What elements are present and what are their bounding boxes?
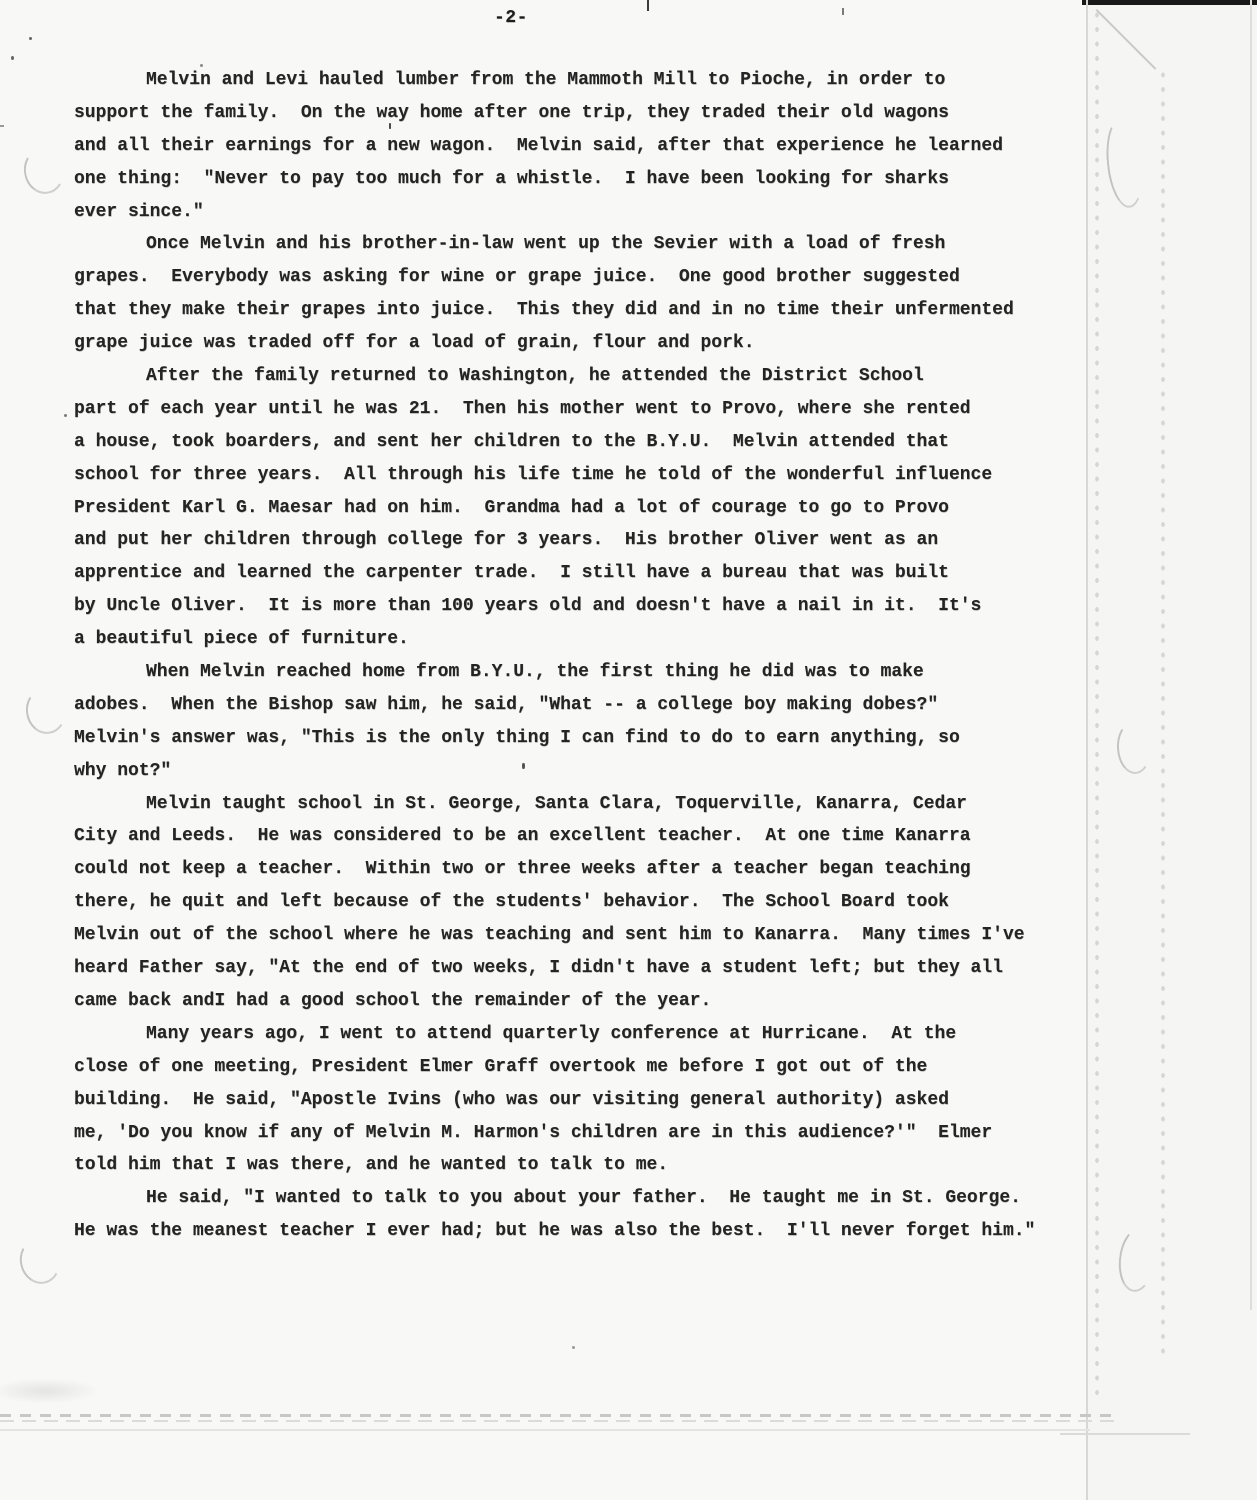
text-line: school for three years. All through his … [74,459,1074,492]
text-line: apprentice and learned the carpenter tra… [74,557,1074,590]
scan-smudge [0,1378,100,1404]
scanned-page: { "page": { "number_label": "-2-" }, "co… [0,0,1257,1500]
perforation-dots-left [1091,8,1103,1400]
stray-ink-mark [64,414,67,417]
stray-ink-mark [389,123,391,129]
page-edge-line [1086,0,1088,1500]
document-body: Melvin and Levi hauled lumber from the M… [74,64,1074,1248]
text-line: close of one meeting, President Elmer Gr… [74,1051,1074,1084]
text-line: a house, took boarders, and sent her chi… [74,426,1074,459]
fold-crease-line [0,1429,1090,1431]
far-edge-line [1250,0,1252,1310]
text-line: President Karl G. Maesar had on him. Gra… [74,492,1074,525]
text-line: a beautiful piece of furniture. [74,623,1074,656]
stray-ink-mark [572,1346,575,1349]
text-line: Melvin's answer was, "This is the only t… [74,722,1074,755]
underlying-sheet-strip [1088,0,1257,1500]
stray-ink-mark [29,37,32,40]
text-line: City and Leeds. He was considered to be … [74,820,1074,853]
perforation-dots-right [1157,68,1169,1358]
text-line: grape juice was traded off for a load of… [74,327,1074,360]
scanner-edge-bar [1082,0,1257,5]
perforation-dashed-line [0,1414,1120,1417]
stray-ink-mark [0,125,4,127]
text-line: part of each year until he was 21. Then … [74,393,1074,426]
text-line: Melvin taught school in St. George, Sant… [74,788,1074,821]
text-line: came back andI had a good school the rem… [74,985,1074,1018]
page-number: -2- [494,8,528,28]
stray-ink-mark [200,64,203,67]
text-line: building. He said, "Apostle Ivins (who w… [74,1084,1074,1117]
text-line: one thing: "Never to pay too much for a … [74,163,1074,196]
text-line: could not keep a teacher. Within two or … [74,853,1074,886]
text-line: adobes. When the Bishop saw him, he said… [74,689,1074,722]
text-line: He was the meanest teacher I ever had; b… [74,1215,1074,1248]
text-line: Melvin and Levi hauled lumber from the M… [74,64,1074,97]
text-line: by Uncle Oliver. It is more than 100 yea… [74,590,1074,623]
stray-ink-mark [11,56,14,60]
text-line: and all their earnings for a new wagon. … [74,130,1074,163]
text-line: that they make their grapes into juice. … [74,294,1074,327]
text-line: Many years ago, I went to attend quarter… [74,1018,1074,1051]
text-line: heard Father say, "At the end of two wee… [74,952,1074,985]
text-line: He said, "I wanted to talk to you about … [74,1182,1074,1215]
text-line: why not?" [74,755,1074,788]
text-line: After the family returned to Washington,… [74,360,1074,393]
text-line: support the family. On the way home afte… [74,97,1074,130]
stray-ink-mark [842,8,844,15]
text-line: there, he quit and left because of the s… [74,886,1074,919]
perforation-dashed-line [0,1420,1120,1422]
text-line: ever since." [74,196,1074,229]
text-line: Melvin out of the school where he was te… [74,919,1074,952]
text-line: When Melvin reached home from B.Y.U., th… [74,656,1074,689]
text-line: grapes. Everybody was asking for wine or… [74,261,1074,294]
text-line: told him that I was there, and he wanted… [74,1149,1074,1182]
fold-crease-line [1060,1433,1190,1435]
stray-ink-mark [522,763,525,769]
text-line: Once Melvin and his brother-in-law went … [74,228,1074,261]
text-line: me, 'Do you know if any of Melvin M. Har… [74,1117,1074,1150]
text-line: and put her children through college for… [74,524,1074,557]
stray-ink-mark [647,0,649,11]
